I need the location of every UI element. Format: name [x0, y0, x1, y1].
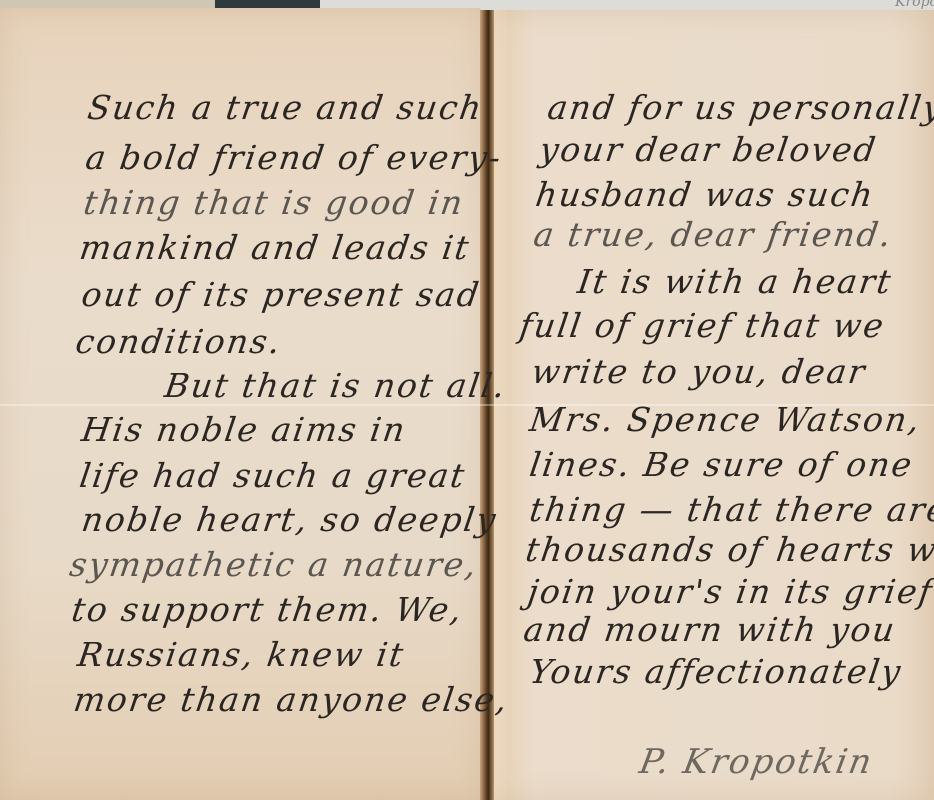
signature: P. Kropotkin	[636, 742, 876, 782]
left-line-4: mankind and leads it	[77, 228, 473, 267]
right-line-8: Mrs. Spence Watson, these	[527, 400, 934, 439]
left-line-10: noble heart, so deeply	[79, 500, 500, 539]
top-note-text: Kropotkin	[895, 0, 934, 10]
left-line-1: Such a true and such	[85, 88, 486, 127]
left-line-8: His noble aims in	[79, 410, 409, 449]
right-line-14: Yours affectionately	[527, 652, 904, 691]
left-line-11: sympathetic a nature,	[67, 545, 480, 584]
right-line-11: thousands of hearts which	[523, 530, 934, 569]
right-line-5: It is with a heart	[575, 262, 895, 301]
left-line-7: But that is not all.	[162, 366, 509, 405]
right-line-13: and mourn with you	[521, 610, 899, 649]
left-line-13: Russians, knew it	[75, 635, 407, 674]
right-line-1: and for us personally,	[545, 88, 934, 127]
right-line-7: write to you, dear	[529, 352, 869, 391]
right-line-9: lines. Be sure of one	[527, 445, 916, 484]
right-line-6: full of grief that we	[517, 306, 888, 345]
right-line-3: husband was such	[533, 175, 877, 214]
right-line-10: thing — that there are	[527, 490, 934, 529]
left-line-2: a bold friend of every-	[83, 138, 505, 177]
right-line-12: join your's in its grief	[525, 572, 934, 611]
left-line-3: thing that is good in	[81, 183, 467, 222]
left-line-6: conditions.	[73, 322, 284, 361]
right-line-4: a true, dear friend.	[531, 215, 895, 254]
left-line-12: to support them. We,	[69, 590, 465, 629]
left-line-9: life had such a great	[77, 456, 468, 495]
left-line-14: more than anyone else,	[71, 680, 511, 719]
left-line-5: out of its present sad	[79, 275, 483, 314]
right-line-2: your dear beloved	[537, 130, 879, 169]
